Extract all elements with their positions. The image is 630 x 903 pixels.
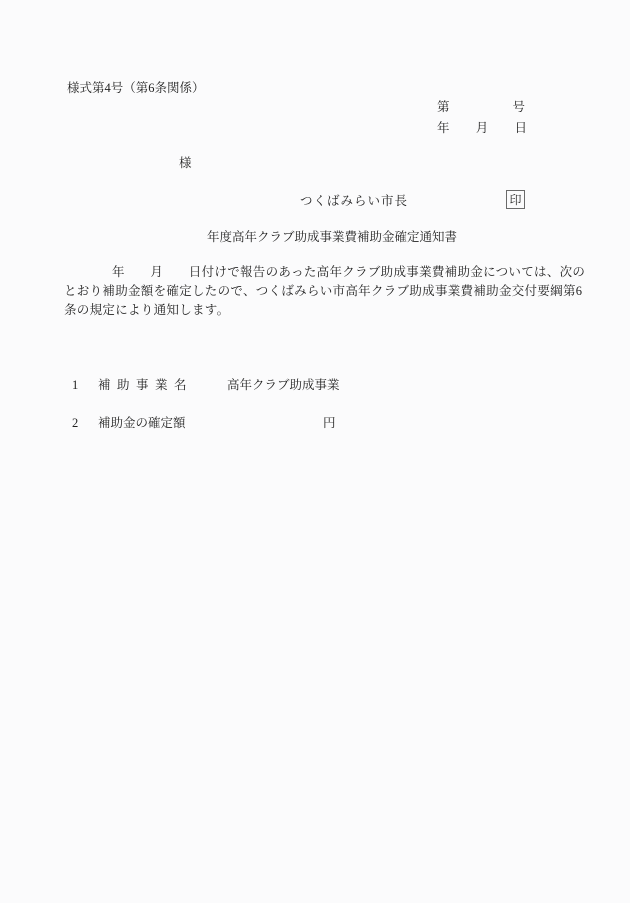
document-page: 様式第4号（第6条関係） 第 号 年 月 日 様 つくばみらい市長 印 年度高年… <box>0 0 630 903</box>
doc-number-suffix: 号 <box>512 101 525 114</box>
doc-number-prefix: 第 <box>437 101 450 114</box>
form-number: 様式第4号（第6条関係） <box>67 82 205 95</box>
item-1-value: 高年クラブ助成事業 <box>227 379 340 392</box>
body-paragraph-line-2: とおり補助金額を確定したので、つくばみらい市高年クラブ助成事業費補助金交付要綱第… <box>64 285 582 298</box>
document-number-line: 第 号 <box>437 101 525 114</box>
body-paragraph-line-1: 年 月 日付けで報告のあった高年クラブ助成事業費補助金については、次の <box>112 266 585 279</box>
item-2-value: 円 <box>323 417 336 430</box>
date-month-label: 月 <box>476 122 489 135</box>
sender-title: つくばみらい市長 <box>300 195 408 208</box>
body-paragraph-line-3: 条の規定により通知します。 <box>64 304 229 317</box>
document-title: 年度高年クラブ助成事業費補助金確定通知書 <box>207 231 457 244</box>
item-2-label: 補助金の確定額 <box>98 417 186 430</box>
item-1-label: 補助事業名 <box>98 379 193 392</box>
addressee-honorific: 様 <box>179 157 192 170</box>
date-line: 年 月 日 <box>437 122 527 135</box>
item-2-number: 2 <box>72 417 78 430</box>
seal-mark: 印 <box>506 190 525 209</box>
item-1-number: 1 <box>72 379 78 392</box>
date-day-label: 日 <box>514 122 527 135</box>
date-year-label: 年 <box>437 122 450 135</box>
